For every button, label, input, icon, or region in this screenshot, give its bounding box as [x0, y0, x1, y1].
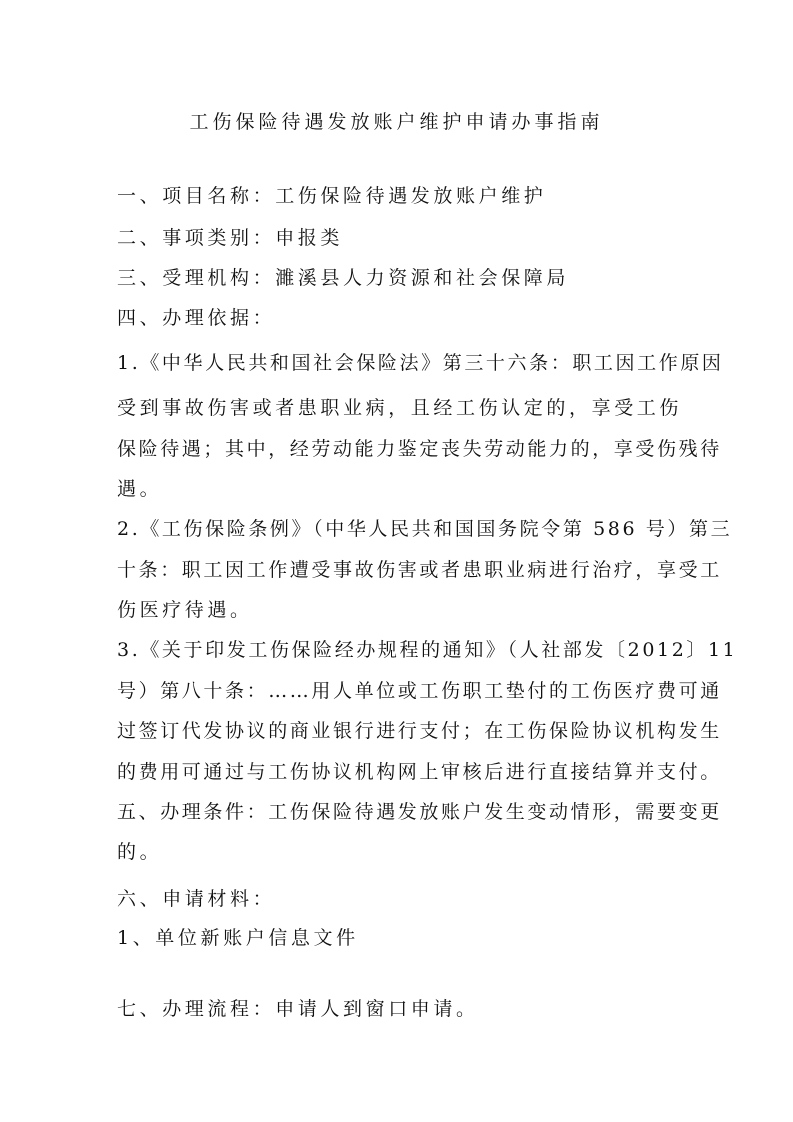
legal-basis-3-line-3: 过签订代发协议的商业银行进行支付；在工伤保险协议机构发生 — [117, 717, 722, 745]
process-line: 七、办理流程：申请人到窗口申请。 — [117, 995, 479, 1023]
item-name-line: 一、项目名称：工伤保险待遇发放账户维护 — [117, 182, 546, 210]
document-title: 工伤保险待遇发放账户维护申请办事指南 — [0, 108, 793, 136]
legal-basis-heading: 四、办理依据： — [117, 304, 275, 332]
document-page: 工伤保险待遇发放账户维护申请办事指南 一、项目名称：工伤保险待遇发放账户维护 二… — [0, 0, 793, 1122]
item-category-line: 二、事项类别：申报类 — [117, 224, 343, 252]
legal-basis-2-line-1: 2.《工伤保险条例》（中华人民共和国国务院令第 586 号）第三 — [117, 515, 732, 543]
legal-basis-3-line-1: 3.《关于印发工伤保险经办规程的通知》（人社部发〔2012〕11 — [117, 636, 737, 664]
materials-heading: 六、申请材料： — [117, 885, 275, 913]
legal-basis-1-line-3: 保险待遇；其中，经劳动能力鉴定丧失劳动能力的，享受伤残待 — [117, 435, 722, 463]
conditions-line-2: 的。 — [117, 838, 162, 866]
legal-basis-1-line-1: 1.《中华人民共和国社会保险法》第三十六条：职工因工作原因 — [117, 349, 724, 377]
legal-basis-2-line-2: 十条：职工因工作遭受事故伤害或者患职业病进行治疗，享受工 — [117, 556, 722, 584]
legal-basis-3-line-2: 号）第八十条：……用人单位或工伤职工垫付的工伤医疗费可通 — [117, 677, 722, 705]
legal-basis-2-line-3: 伤医疗待遇。 — [117, 596, 253, 624]
legal-basis-1-line-2: 受到事故伤害或者患职业病，且经工伤认定的，享受工伤 — [117, 394, 682, 422]
legal-basis-3-line-4: 的费用可通过与工伤协议机构网上审核后进行直接结算并支付。 — [117, 758, 722, 786]
conditions-line-1: 五、办理条件：工伤保险待遇发放账户发生变动情形，需要变更 — [117, 798, 722, 826]
materials-item-1: 1、单位新账户信息文件 — [117, 924, 359, 952]
accepting-agency-line: 三、受理机构：濉溪县人力资源和社会保障局 — [117, 264, 569, 292]
legal-basis-1-line-4: 遇。 — [117, 475, 162, 503]
